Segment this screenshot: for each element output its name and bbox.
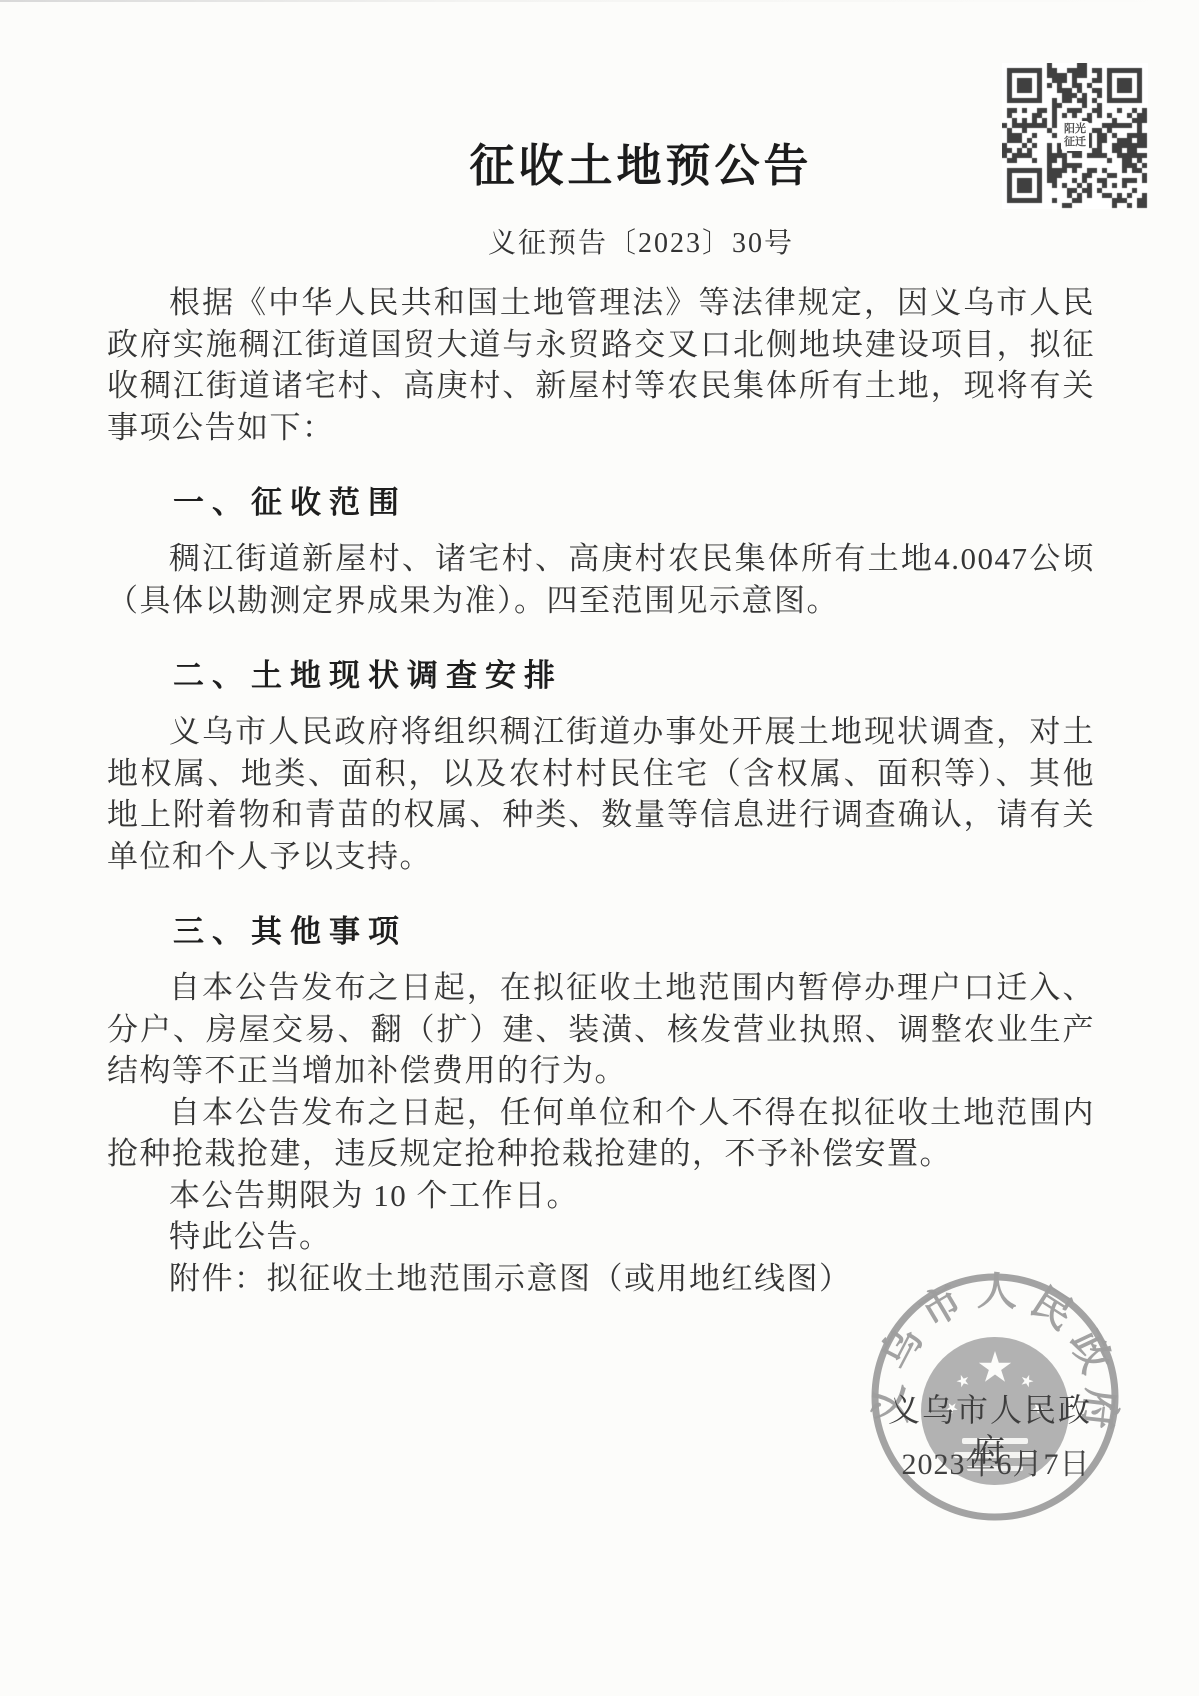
section-3-heading: 三、其他事项 (107, 911, 1095, 953)
section-1-paragraph: 稠江街道新屋村、诸宅村、高庚村农民集体所有土地4.0047公顷（具体以勘测定界成… (107, 538, 1095, 621)
scanned-announcement-page: 阳光 征迁 征收土地预公告 义征预告〔2023〕30号 根据《中华人民共和国土地… (0, 0, 1199, 1696)
document-number: 义征预告〔2023〕30号 (187, 226, 1095, 262)
section-1-heading: 一、征收范围 (107, 482, 1095, 524)
section-3-paragraph-2: 自本公告发布之日起，任何单位和个人不得在拟征收土地范围内抢种抢栽抢建，违反规定抢… (107, 1092, 1095, 1175)
section-2-heading: 二、土地现状调查安排 (107, 655, 1095, 697)
notice-period-line: 本公告期限为 10 个工作日。 (107, 1175, 1095, 1217)
issue-date: 2023年6月7日 (893, 1446, 1099, 1484)
intro-paragraph: 根据《中华人民共和国土地管理法》等法律规定，因义乌市人民政府实施稠江街道国贸大道… (107, 282, 1095, 448)
section-2-paragraph: 义乌市人民政府将组织稠江街道办事处开展土地现状调查，对土地权属、地类、面积，以及… (107, 711, 1095, 877)
page-title: 征收土地预公告 (187, 138, 1095, 194)
document-body: 征收土地预公告 义征预告〔2023〕30号 根据《中华人民共和国土地管理法》等法… (107, 0, 1095, 1299)
section-3-paragraph-1: 自本公告发布之日起，在拟征收土地范围内暂停办理户口迁入、分户、房屋交易、翻（扩）… (107, 967, 1095, 1092)
hereby-announced-line: 特此公告。 (107, 1216, 1095, 1258)
